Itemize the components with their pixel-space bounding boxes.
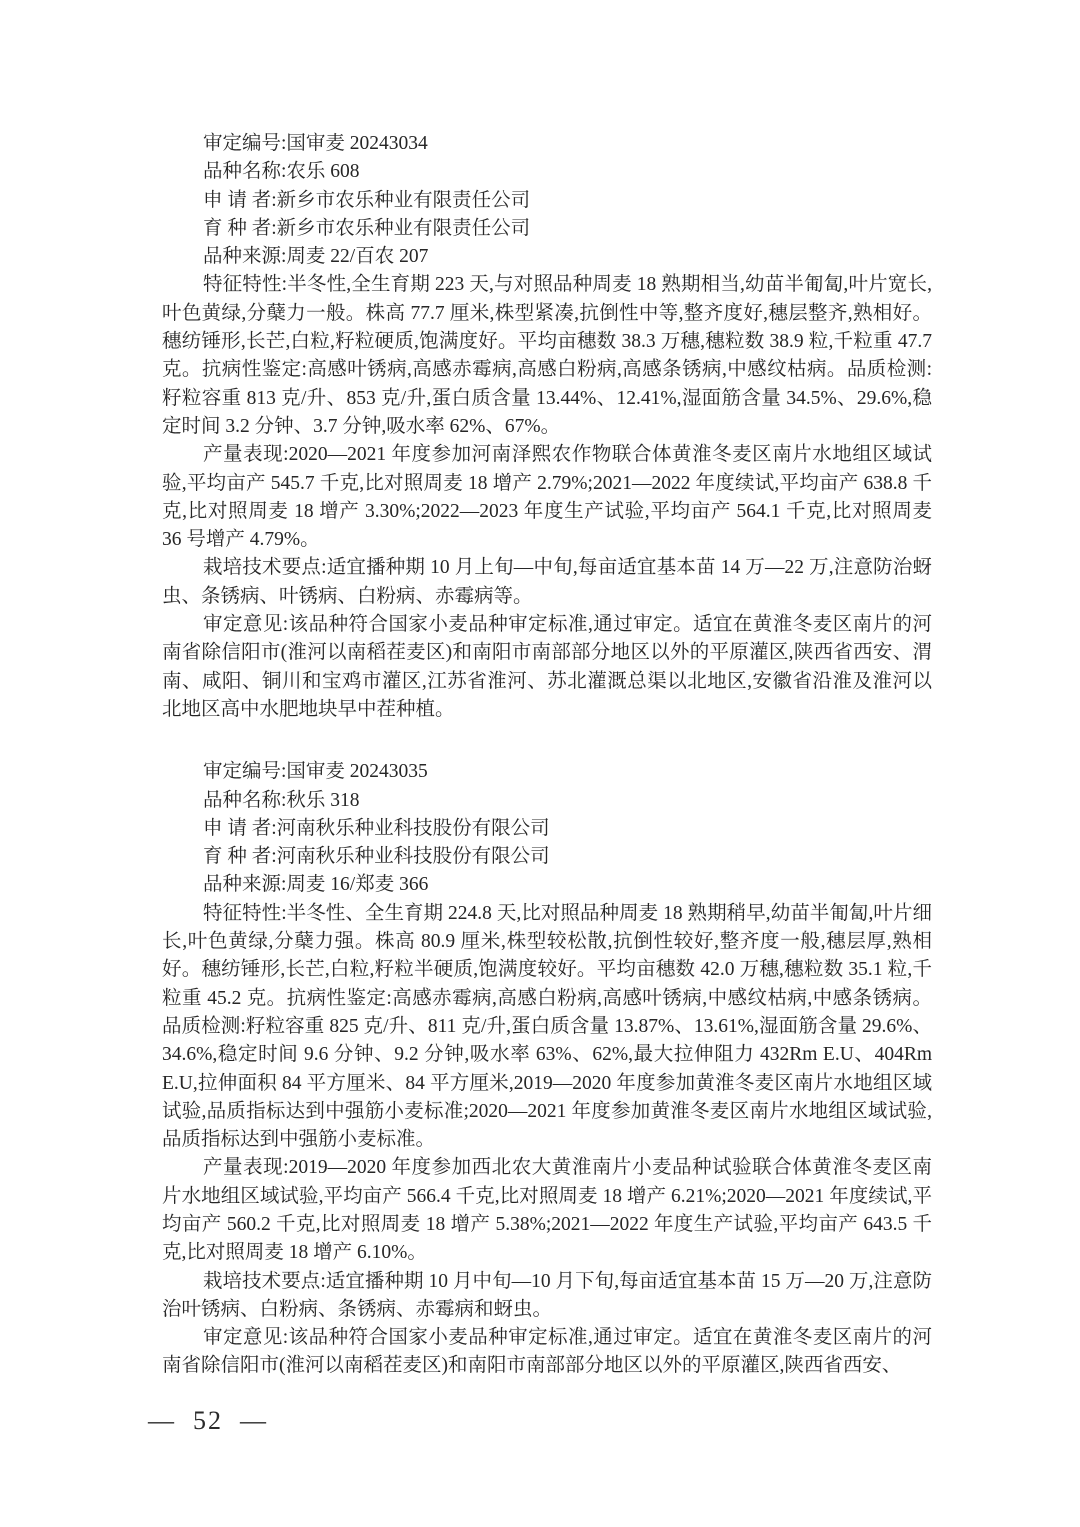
field-variety-name: 品种名称:秋乐 318 [162,787,932,815]
field-certification-number: 审定编号:国审麦 20243035 [162,758,932,786]
field-variety-source: 品种来源:周麦 16/郑麦 366 [162,871,932,899]
variety-entry-1: 审定编号:国审麦 20243034 品种名称:农乐 608 申 请 者:新乡市农… [162,130,932,724]
field-label: 品种名称: [203,790,286,811]
field-value: 周麦 22/百农 207 [286,246,428,267]
field-label: 育 种 者: [203,846,277,867]
field-value: 国审麦 20243035 [286,761,427,782]
field-applicant: 申 请 者:新乡市农乐种业有限责任公司 [162,187,932,215]
field-value: 国审麦 20243034 [286,133,427,154]
field-label: 品种名称: [203,161,286,182]
field-value: 河南秋乐种业科技股份有限公司 [277,846,550,867]
field-label: 品种来源: [203,246,286,267]
field-label: 品种来源: [203,874,286,895]
field-value: 农乐 608 [286,161,359,182]
field-label: 审定编号: [203,761,286,782]
paragraph-characteristics: 特征特性:半冬性、全生育期 224.8 天,比对照品种周麦 18 熟期稍早,幼苗… [162,900,932,1155]
field-value: 秋乐 318 [286,790,359,811]
paragraph-yield-performance: 产量表现:2019—2020 年度参加西北农大黄淮南片小麦品种试验联合体黄淮冬麦… [162,1154,932,1267]
field-applicant: 申 请 者:河南秋乐种业科技股份有限公司 [162,815,932,843]
paragraph-cultivation-techniques: 栽培技术要点:适宜播种期 10 月上旬—中旬,每亩适宜基本苗 14 万—22 万… [162,554,932,611]
field-label: 申 请 者: [203,818,277,839]
field-label: 审定编号: [203,133,286,154]
field-breeder: 育 种 者:河南秋乐种业科技股份有限公司 [162,843,932,871]
field-variety-name: 品种名称:农乐 608 [162,158,932,186]
variety-entry-2: 审定编号:国审麦 20243035 品种名称:秋乐 318 申 请 者:河南秋乐… [162,758,932,1381]
field-variety-source: 品种来源:周麦 22/百农 207 [162,243,932,271]
field-breeder: 育 种 者:新乡市农乐种业有限责任公司 [162,215,932,243]
field-value: 周麦 16/郑麦 366 [286,874,428,895]
field-value: 新乡市农乐种业有限责任公司 [277,190,531,211]
field-label: 申 请 者: [203,190,277,211]
paragraph-certification-opinion: 审定意见:该品种符合国家小麦品种审定标准,通过审定。适宜在黄淮冬麦区南片的河南省… [162,611,932,724]
paragraph-cultivation-techniques: 栽培技术要点:适宜播种期 10 月中旬—10 月下旬,每亩适宜基本苗 15 万—… [162,1268,932,1325]
page-number: — 52 — [148,1406,268,1436]
paragraph-yield-performance: 产量表现:2020—2021 年度参加河南泽熙农作物联合体黄淮冬麦区南片水地组区… [162,441,932,554]
document-page: 审定编号:国审麦 20243034 品种名称:农乐 608 申 请 者:新乡市农… [0,0,1080,1527]
field-value: 新乡市农乐种业有限责任公司 [277,218,531,239]
field-label: 育 种 者: [203,218,277,239]
paragraph-certification-opinion: 审定意见:该品种符合国家小麦品种审定标准,通过审定。适宜在黄淮冬麦区南片的河南省… [162,1324,932,1381]
field-value: 河南秋乐种业科技股份有限公司 [277,818,550,839]
field-certification-number: 审定编号:国审麦 20243034 [162,130,932,158]
document-content: 审定编号:国审麦 20243034 品种名称:农乐 608 申 请 者:新乡市农… [162,130,932,1381]
paragraph-characteristics: 特征特性:半冬性,全生育期 223 天,与对照品种周麦 18 熟期相当,幼苗半匍… [162,271,932,441]
